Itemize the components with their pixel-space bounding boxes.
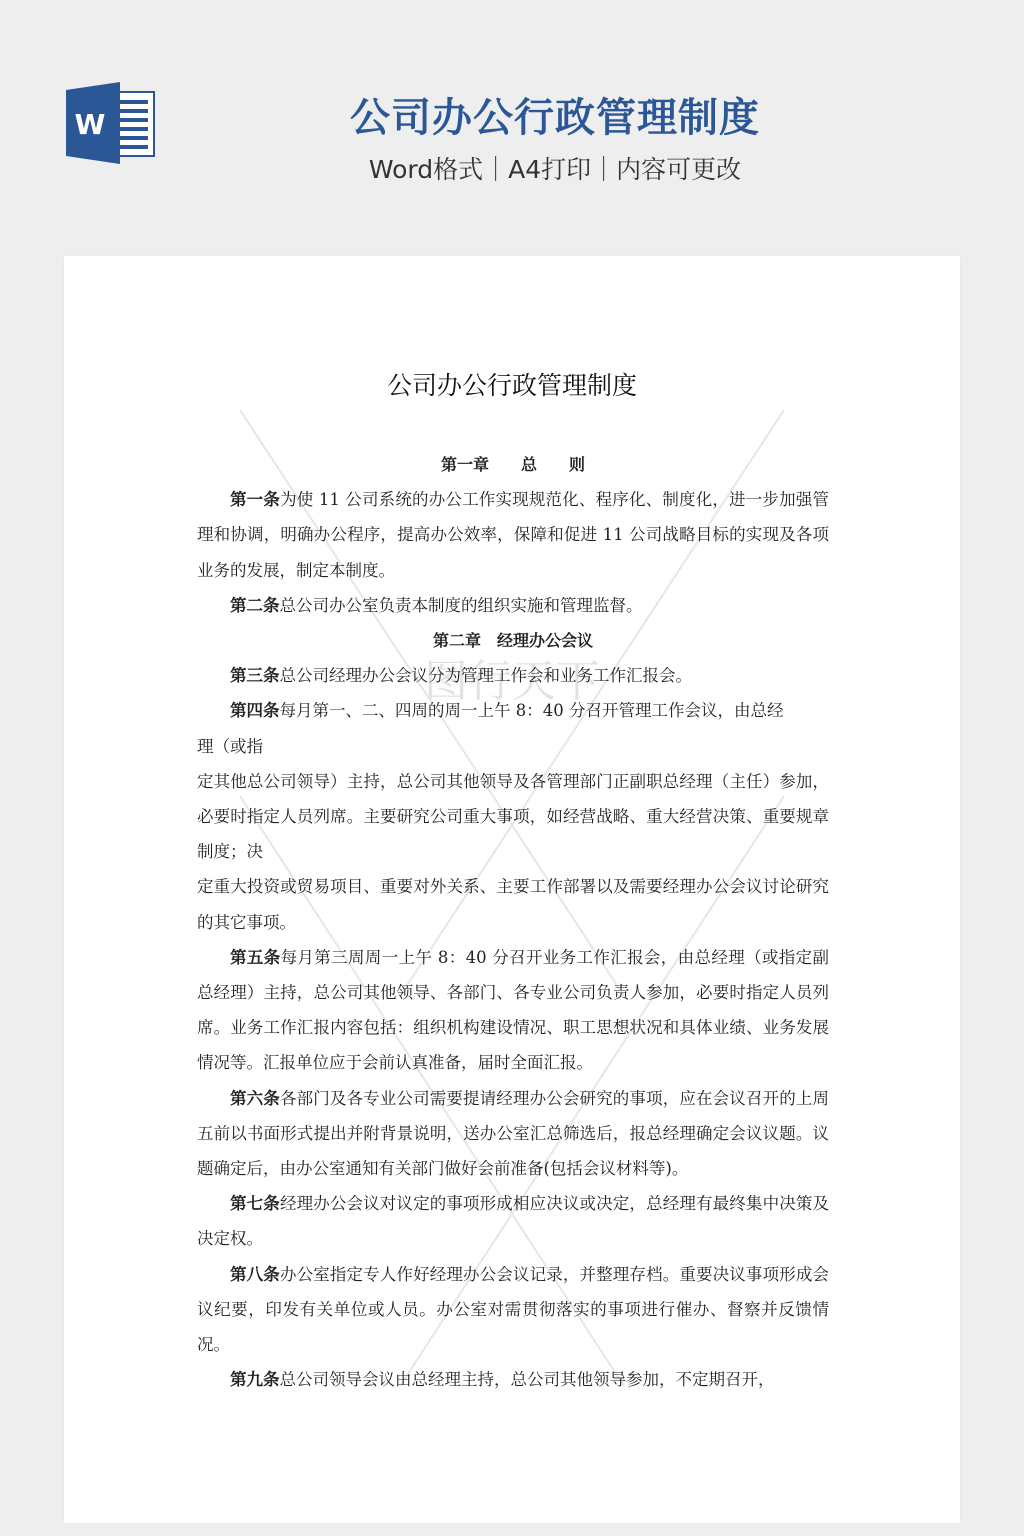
article-label: 第八条 <box>230 1265 280 1284</box>
chapter-heading: 第一章 总 则 <box>197 447 829 482</box>
article-paragraph: 第一条为使 11 公司系统的办公工作实现规范化、程序化、制度化，进一步加强管理和… <box>197 482 829 588</box>
article-label: 第三条 <box>230 666 280 685</box>
article-text: 总公司领导会议由总经理主持，总公司其他领导参加，不定期召开， <box>280 1370 775 1389</box>
article-paragraph: 第八条办公室指定专人作好经理办公会议记录，并整理存档。重要决议事项形成会议纪要，… <box>197 1257 829 1363</box>
article-label: 第二条 <box>230 596 280 615</box>
chapter-heading: 第二章 经理办公会议 <box>197 623 829 658</box>
article-label: 第九条 <box>230 1370 280 1389</box>
article-continuation: 理（或指 <box>197 729 829 764</box>
article-label: 第四条 <box>230 701 280 720</box>
article-label: 第五条 <box>230 948 281 967</box>
article-continuation: 定重大投资或贸易项目、重要对外关系、主要工作部署以及需要经理办公会议讨论研究的其… <box>197 869 829 939</box>
article-paragraph: 第五条每月第三周周一上午 8：40 分召开业务工作汇报会，由总经理（或指定副总经… <box>197 940 829 1081</box>
document-page: 图行天下 公司办公行政管理制度 第一章 总 则 第一条为使 11 公司系统的办公… <box>64 256 960 1523</box>
article-text: 总公司办公室负责本制度的组织实施和管理监督。 <box>280 596 643 615</box>
word-document-icon: W <box>64 82 156 164</box>
article-text: 办公室指定专人作好经理办公会议记录，并整理存档。重要决议事项形成会议纪要，印发有… <box>197 1265 829 1354</box>
document-body: 第一章 总 则 第一条为使 11 公司系统的办公工作实现规范化、程序化、制度化，… <box>197 447 829 1397</box>
article-text: 每月第三周周一上午 8：40 分召开业务工作汇报会，由总经理（或指定副总经理）主… <box>197 948 829 1073</box>
article-text: 每月第一、二、四周的周一上午 8：40 分召开管理工作会议，由总经 <box>280 701 784 720</box>
header-title: 公司办公行政管理制度 <box>300 92 810 144</box>
article-paragraph: 第九条总公司领导会议由总经理主持，总公司其他领导参加，不定期召开， <box>197 1362 829 1397</box>
document-title: 公司办公行政管理制度 <box>64 366 960 406</box>
article-paragraph: 第七条经理办公会议对议定的事项形成相应决议或决定，总经理有最终集中决策及决定权。 <box>197 1186 829 1256</box>
article-paragraph: 第六条各部门及各专业公司需要提请经理办公会研究的事项，应在会议召开的上周五前以书… <box>197 1081 829 1187</box>
article-paragraph: 第四条每月第一、二、四周的周一上午 8：40 分召开管理工作会议，由总经 <box>197 693 829 728</box>
article-paragraph: 第二条总公司办公室负责本制度的组织实施和管理监督。 <box>197 588 829 623</box>
article-text: 为使 11 公司系统的办公工作实现规范化、程序化、制度化，进一步加强管理和协调，… <box>197 490 829 579</box>
article-label: 第六条 <box>230 1089 280 1108</box>
article-text: 经理办公会议对议定的事项形成相应决议或决定，总经理有最终集中决策及决定权。 <box>197 1194 829 1248</box>
article-label: 第七条 <box>230 1194 280 1213</box>
article-continuation: 定其他总公司领导）主持，总公司其他领导及各管理部门正副职总经理（主任）参加，必要… <box>197 764 829 870</box>
svg-text:W: W <box>75 108 106 141</box>
article-paragraph: 第三条总公司经理办公会议分为管理工作会和业务工作汇报会。 <box>197 658 829 693</box>
article-text: 各部门及各专业公司需要提请经理办公会研究的事项，应在会议召开的上周五前以书面形式… <box>197 1089 829 1178</box>
article-text: 总公司经理办公会议分为管理工作会和业务工作汇报会。 <box>280 666 693 685</box>
article-label: 第一条 <box>230 490 280 509</box>
header-subtitle: Word格式｜A4打印｜内容可更改 <box>300 152 810 188</box>
